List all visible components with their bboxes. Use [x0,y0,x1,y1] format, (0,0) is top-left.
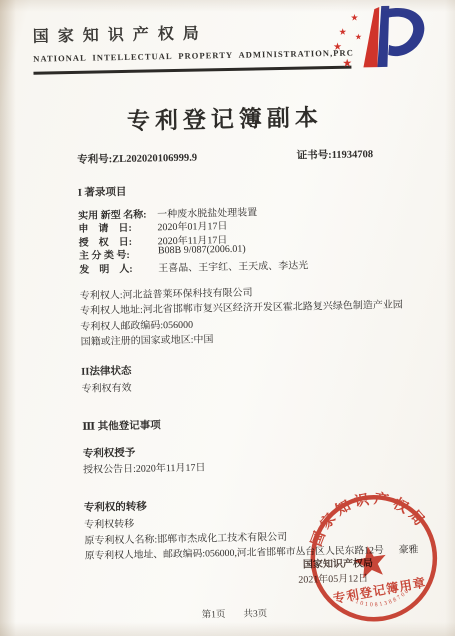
patent-number-label: 专利号: [77,154,112,166]
agency-name-cn: 国家知识产权局 [33,20,208,46]
section3-heading: Ⅲ 其他登记事项 [82,417,161,434]
field-value: 2020年01月17日 [157,217,227,232]
field-value: 一种废水脱盐处理装置 [157,203,257,218]
legal-status-value: 专利权有效 [81,379,131,395]
star-icon: ★ [339,27,347,37]
section1-heading: I 著录项目 [78,184,127,200]
transfer-heading: 专利权的转移 [84,499,147,515]
scanned-content: 国家知识产权局 NATIONAL INTELLECTUAL PROPERTY A… [0,0,455,636]
star-icon: ★ [342,58,352,70]
transfer-subheading: 专利权转移 [84,515,134,531]
certificate-number-value: 11934708 [332,149,374,161]
seal-star-icon [352,543,389,579]
footer-total-pages: 共3页 [243,605,267,619]
certificate-number: 证书号:11934708 [297,146,374,162]
patent-number: 专利号:ZL202020106999.9 [77,150,197,167]
star-icon: ★ [350,12,358,22]
patentee-block: 专利权人:河北益普莱环保科技有限公司 专利权人地址:河北省邯郸市复兴区经济开发区… [80,283,404,351]
document-title: 专利登记簿副本 [0,97,453,139]
section2-heading: II法律状态 [81,363,131,379]
header-rule [33,66,351,75]
number-row: 专利号:ZL202020106999.9 证书号:11934708 [77,146,373,167]
cnipa-logo-graphic: ★ ★ ★ ★ ★ [329,1,434,79]
patent-number-value: ZL202020106999.9 [112,153,197,166]
logo-blue-loop [387,7,425,56]
logo-red-wedge [362,7,380,67]
grant-publication-date-line: 授权公告日:2020年11月17日 [83,458,206,475]
grant-heading: 专利权授予 [83,445,136,461]
patent-register-copy-page: 国家知识产权局 NATIONAL INTELLECTUAL PROPERTY A… [0,0,455,636]
official-seal: 国家知识产权局 专利登记簿用章 1101081388700 [297,482,450,635]
agency-name-en: NATIONAL INTELLECTUAL PROPERTY ADMINISTR… [33,48,354,64]
official-seal-graphic: 国家知识产权局 专利登记簿用章 1101081388700 [297,482,450,635]
seal-arc-text: 国家知识产权局 [300,482,432,552]
footer-page-number: 第1页 [201,606,225,620]
field-value: 2020年11月17日 [158,231,228,246]
certificate-number-label: 证书号: [297,150,332,162]
seal-bottom-text: 专利登记簿用章 [332,575,428,606]
star-icon: ★ [333,42,342,53]
bibliographic-fields: 实用 新型 名称: 一种废水脱盐处理装置 申 请 日: 2020年01月17日 … [78,202,308,273]
field-value: 王喜晶、王宇红、王天成、李达光 [158,256,308,272]
star-icon: ★ [355,32,362,41]
field-label: 发 明 人: [79,259,158,274]
cnipa-logo: ★ ★ ★ ★ ★ [329,1,434,79]
